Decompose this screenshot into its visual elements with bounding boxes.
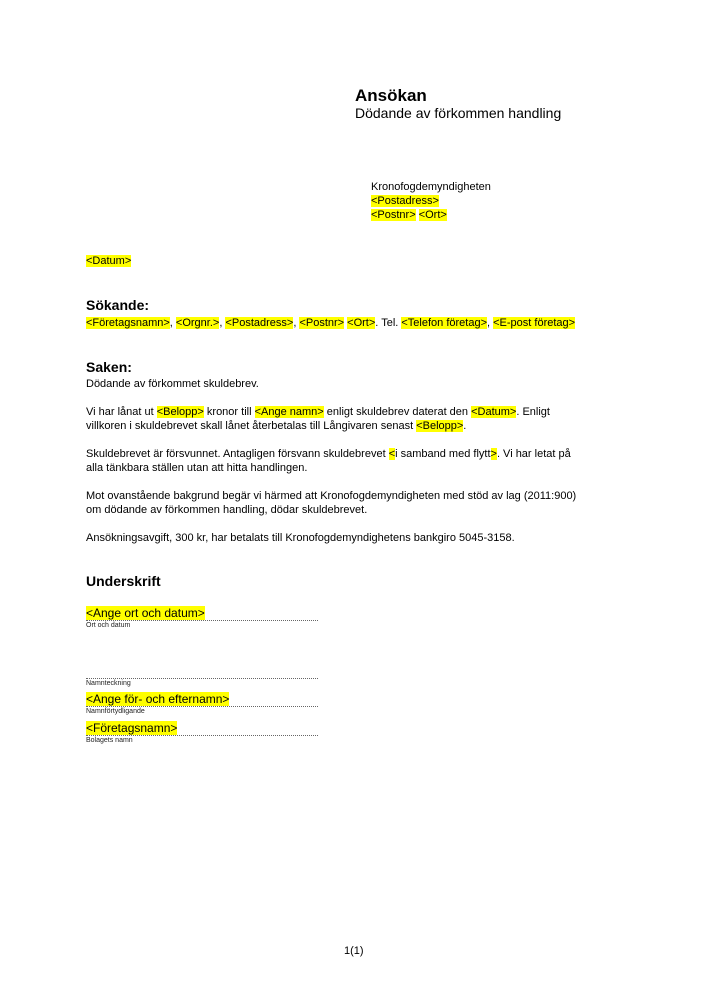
- document-date: <Datum>: [86, 254, 131, 268]
- loss-paragraph: Skuldebrevet är försvunnet. Antagligen f…: [86, 447, 571, 475]
- signature-field-place-date: <Ange ort och datum> Ort och datum: [86, 606, 318, 630]
- company-name-placeholder[interactable]: <Företagsnamn>: [86, 721, 177, 735]
- text: Mot ovanstående bakgrund begär vi härmed…: [86, 489, 576, 503]
- text: enligt skuldebrev daterat den: [324, 406, 471, 418]
- phone-placeholder[interactable]: <Telefon företag>: [401, 317, 487, 329]
- fee-paragraph: Ansökningsavgift, 300 kr, har betalats t…: [86, 531, 515, 545]
- recipient-postal-address-placeholder[interactable]: <Postadress>: [371, 195, 439, 207]
- applicant-details: <Företagsnamn>, <Orgnr.>, <Postadress>, …: [86, 316, 575, 330]
- signature-heading: Underskrift: [86, 572, 161, 590]
- text: . Enligt: [516, 406, 550, 418]
- field-caption: Bolagets namn: [86, 736, 318, 745]
- amount-placeholder[interactable]: <Belopp>: [157, 406, 204, 418]
- matter-summary: Dödande av förkommet skuldebrev.: [86, 377, 259, 391]
- date-placeholder[interactable]: <Datum>: [86, 255, 131, 267]
- text: Vi har lånat ut: [86, 406, 157, 418]
- applicant-heading: Sökande:: [86, 296, 149, 314]
- company-name-placeholder[interactable]: <Företagsnamn>: [86, 317, 170, 329]
- orgnr-placeholder[interactable]: <Orgnr.>: [176, 317, 219, 329]
- text: kronor till: [204, 406, 255, 418]
- text: . Vi har letat på: [497, 448, 571, 460]
- promissory-date-placeholder[interactable]: <Datum>: [471, 406, 516, 418]
- recipient-city-placeholder[interactable]: <Ort>: [419, 209, 447, 221]
- text: alla tänkbara ställen utan att hitta han…: [86, 461, 571, 475]
- place-date-placeholder[interactable]: <Ange ort och datum>: [86, 606, 205, 620]
- recipient-postnr-placeholder[interactable]: <Postnr>: [371, 209, 416, 221]
- separator: ,: [170, 317, 176, 329]
- document-title: Ansökan: [355, 86, 427, 106]
- text: om dödande av förkommen handling, dödar …: [86, 503, 576, 517]
- page-number: 1(1): [344, 944, 364, 958]
- reason-placeholder[interactable]: i samband med flytt: [395, 448, 490, 460]
- signature-field-signature: Namnteckning: [86, 664, 318, 688]
- applicant-city-placeholder[interactable]: <Ort>: [347, 317, 375, 329]
- field-caption: Namnteckning: [86, 679, 318, 688]
- due-placeholder[interactable]: <Belopp>: [416, 420, 463, 432]
- field-caption: Ort och datum: [86, 621, 318, 630]
- signature-area[interactable]: [86, 664, 318, 678]
- text: villkoren i skuldebrevet skall lånet åte…: [86, 420, 416, 432]
- request-paragraph: Mot ovanstående bakgrund begär vi härmed…: [86, 489, 576, 517]
- loan-paragraph: Vi har lånat ut <Belopp> kronor till <An…: [86, 405, 550, 433]
- matter-heading: Saken:: [86, 358, 132, 376]
- text: Skuldebrevet är försvunnet. Antagligen f…: [86, 448, 389, 460]
- recipient-name: Kronofogdemyndigheten: [371, 180, 491, 194]
- field-caption: Namnförtydligande: [86, 707, 318, 716]
- borrower-name-placeholder[interactable]: <Ange namn>: [255, 406, 324, 418]
- recipient-address: Kronofogdemyndigheten <Postadress> <Post…: [371, 180, 491, 222]
- document-subtitle: Dödande av förkommen handling: [355, 105, 561, 122]
- tel-label: . Tel.: [375, 317, 401, 329]
- text: .: [463, 420, 466, 432]
- full-name-placeholder[interactable]: <Ange för- och efternamn>: [86, 692, 229, 706]
- applicant-postnr-placeholder[interactable]: <Postnr>: [299, 317, 344, 329]
- signature-field-printed-name: <Ange för- och efternamn> Namnförtydliga…: [86, 692, 318, 716]
- signature-field-company: <Företagsnamn> Bolagets namn: [86, 721, 318, 745]
- applicant-address-placeholder[interactable]: <Postadress>: [225, 317, 293, 329]
- email-placeholder[interactable]: <E-post företag>: [493, 317, 575, 329]
